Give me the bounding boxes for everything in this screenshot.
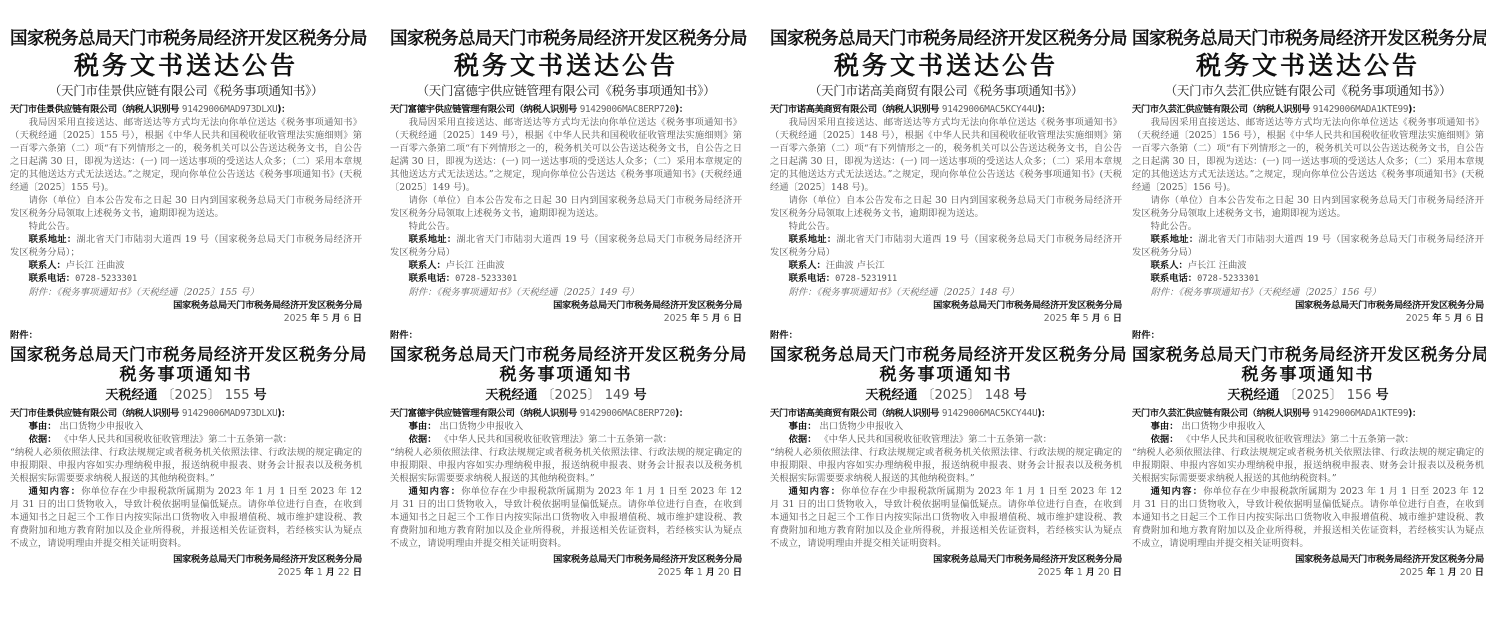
attachment-label: 附件： [409, 287, 437, 298]
contact-address: 联系地址：湖北省天门市陆羽大道西 19 号（国家税务总局天门市税务局经济开发区税… [10, 233, 362, 259]
contact-address-label: 联系地址： [409, 234, 457, 245]
tin-label: （纳税人识别号 [515, 104, 577, 115]
basis-label: 依据： [29, 434, 57, 445]
basis-value: 《中华人民共和国税收征收管理法》第二十五条第一款： [439, 434, 671, 445]
date-month: 1 [697, 567, 703, 578]
announce-org-heading: 国家税务总局天门市税务局经济开发区税务分局 [1132, 28, 1484, 50]
doc-prefix: 天税经通 [865, 388, 917, 403]
contact-person-value: 卢长江 汪曲波 [1188, 260, 1247, 271]
announce-org-heading: 国家税务总局天门市税务局经济开发区税务分局 [10, 28, 362, 50]
notice-signature: 国家税务总局天门市税务局经济开发区税务分局 [10, 553, 362, 566]
reason-value: 出口货物少申报收入 [819, 421, 903, 432]
attachment-line: 附件：《税务事项通知书》（天税经通〔2025〕149 号） [390, 286, 742, 299]
contact-person: 联系人：卢长江 汪曲波 [390, 259, 742, 272]
tin-close: )： [675, 104, 688, 115]
notice-addressee: 天门市诺高美商贸有限公司（纳税人识别号 91429006MAC5KCY44U)： [770, 407, 1122, 420]
tin-close: )： [1408, 408, 1421, 419]
contact-address-label: 联系地址： [1151, 234, 1199, 245]
date-year: 2025 [1406, 313, 1430, 324]
reason-label: 事由： [789, 421, 817, 432]
notice-org-heading: 国家税务总局天门市税务局经济开发区税务分局 [1132, 344, 1484, 365]
announce-date: 2025 年 5 月 6 日 [10, 312, 362, 325]
announce-title: 税务文书送达公告 [390, 50, 742, 82]
date-day: 6 [1466, 313, 1472, 324]
contact-phone: 联系电话：0728-5233301 [10, 272, 362, 286]
notice-addressee: 天门市佳景供应链有限公司（纳税人识别号 91429006MAD973DLXU)： [10, 407, 362, 420]
basis-value: 《中华人民共和国税收征收管理法》第二十五条第一款： [1181, 434, 1413, 445]
announce-body: 我局因采用直接送达、邮寄送达等方式均无法向你单位送达《税务事项通知书》（天税经通… [770, 116, 1122, 194]
notice-doc-number: 天税经通 〔2025〕 148 号 [770, 386, 1122, 405]
month-char: 月 [706, 567, 715, 578]
date-month: 5 [323, 313, 329, 324]
notice-doc-number: 天税经通 〔2025〕 155 号 [10, 386, 362, 405]
announce-body: 我局因采用直接送达、邮寄送达等方式均无法向你单位送达《税务事项通知书》（天税经通… [1132, 116, 1484, 194]
content-label: 通知内容： [1151, 486, 1204, 497]
notice-basis-quote: “纳税人必须依照法律、行政法规规定或者税务机关依照法律、行政法规的规定确定的申报… [1132, 446, 1484, 485]
tin-label: （纳税人识别号 [877, 104, 939, 115]
tin-value: 91429006MAC5KCY44U [942, 408, 1037, 419]
doc-year: 〔2025〕 [921, 388, 980, 403]
year-char: 年 [304, 567, 313, 578]
announce-date: 2025 年 5 月 6 日 [1132, 312, 1484, 325]
month-char: 月 [712, 313, 721, 324]
contact-person-value: 卢长江 汪曲波 [66, 260, 125, 271]
notice-basis-quote: “纳税人必须依照法律、行政法规规定或者税务机关依照法律、行政法规的规定确定的申报… [10, 446, 362, 485]
contact-person: 联系人：卢长江 汪曲波 [1132, 259, 1484, 272]
notice-reason: 事由： 出口货物少申报收入 [390, 420, 742, 433]
doc-prefix: 天税经通 [105, 388, 157, 403]
tin-close: )： [1037, 408, 1050, 419]
notice-content: 通知内容：你单位存在少申报税款所属期为 2023 年 1 月 1 日至 2023… [770, 485, 1122, 550]
company-name: 天门市久芸汇供应链有限公司 [1132, 104, 1248, 115]
tin-value: 91429006MAD973DLXU [182, 104, 277, 115]
tin-close: )： [277, 408, 290, 419]
date-year: 2025 [1038, 567, 1062, 578]
addressee: 天门市佳景供应链有限公司（纳税人识别号 91429006MAD973DLXU)： [10, 103, 362, 116]
tin-close: )： [1037, 104, 1050, 115]
basis-label: 依据： [1151, 434, 1179, 445]
date-year: 2025 [658, 567, 682, 578]
date-month: 1 [317, 567, 323, 578]
contact-phone-value: 0728-5233301 [1197, 274, 1259, 284]
notice-reason: 事由： 出口货物少申报收入 [770, 420, 1122, 433]
basis-label: 依据： [409, 434, 437, 445]
company-name: 天门富德宇供应链管理有限公司 [390, 104, 515, 115]
contact-phone-label: 联系电话： [1151, 273, 1198, 284]
tin-label: （纳税人识别号 [117, 408, 179, 419]
contact-person-label: 联系人： [409, 260, 446, 271]
contact-phone: 联系电话：0728-5231911 [770, 272, 1122, 286]
basis-value: 《中华人民共和国税收征收管理法》第二十五条第一款： [59, 434, 291, 445]
day-char: 日 [353, 567, 362, 578]
notice-basis: 依据： 《中华人民共和国税收征收管理法》第二十五条第一款： [770, 433, 1122, 446]
notice-column: 国家税务总局天门市税务局经济开发区税务分局 税务文书送达公告 （天门富德宇供应链… [390, 0, 742, 627]
reason-value: 出口货物少申报收入 [439, 421, 523, 432]
notice-basis: 依据： 《中华人民共和国税收征收管理法》第二十五条第一款： [1132, 433, 1484, 446]
date-year: 2025 [1044, 313, 1068, 324]
contact-phone-label: 联系电话： [29, 273, 76, 284]
announce-body: 我局因采用直接送达、邮寄送达等方式均无法向你单位送达《税务事项通知书》（天税经通… [10, 116, 362, 194]
year-char: 年 [1070, 313, 1079, 324]
doc-suffix: 号 [254, 388, 267, 403]
date-month: 5 [703, 313, 709, 324]
date-month: 1 [1077, 567, 1083, 578]
attachment-line: 附件：《税务事项通知书》（天税经通〔2025〕148 号） [770, 286, 1122, 299]
date-month: 5 [1083, 313, 1089, 324]
year-char: 年 [1432, 313, 1441, 324]
tin-value: 91429006MAC8ERP720 [580, 104, 675, 115]
contact-person-label: 联系人： [789, 260, 826, 271]
notice-content: 通知内容：你单位存在少申报税款所属期为 2023 年 1 月 1 日至 2023… [10, 485, 362, 550]
notice-org-heading: 国家税务总局天门市税务局经济开发区税务分局 [770, 344, 1122, 365]
announce-subtitle: （天门市久芸汇供应链有限公司《税务事项通知书》） [1132, 82, 1484, 100]
notice-content: 通知内容：你单位存在少申报税款所属期为 2023 年 1 月 1 日至 2023… [1132, 485, 1484, 550]
date-year: 2025 [278, 567, 302, 578]
notice-date: 2025 年 1 月 20 日 [390, 566, 742, 579]
contact-phone-value: 0728-5233301 [75, 274, 137, 284]
company-name: 天门市佳景供应链有限公司 [10, 104, 117, 115]
basis-label: 依据： [789, 434, 817, 445]
addressee: 天门市诺高美商贸有限公司（纳税人识别号 91429006MAC5KCY44U)： [770, 103, 1122, 116]
announce-special: 特此公告。 [1132, 220, 1484, 233]
announce-request: 请你（单位）自本公告发布之日起 30 日内到国家税务总局天门市税务局经济开发区税… [390, 194, 742, 220]
tin-close: )： [277, 104, 290, 115]
contact-person-value: 卢长江 汪曲波 [446, 260, 505, 271]
date-day: 20 [1098, 567, 1110, 578]
announce-signature: 国家税务总局天门市税务局经济开发区税务分局 [1132, 299, 1484, 312]
doc-suffix: 号 [1014, 388, 1027, 403]
announce-special: 特此公告。 [770, 220, 1122, 233]
day-char: 日 [733, 567, 742, 578]
notice-basis: 依据： 《中华人民共和国税收征收管理法》第二十五条第一款： [390, 433, 742, 446]
announce-org-heading: 国家税务总局天门市税务局经济开发区税务分局 [770, 28, 1122, 50]
announce-request: 请你（单位）自本公告发布之日起 30 日内到国家税务总局天门市税务局经济开发区税… [10, 194, 362, 220]
notice-org-heading: 国家税务总局天门市税务局经济开发区税务分局 [10, 344, 362, 365]
doc-num: 148 [985, 388, 1010, 403]
notice-basis-quote: “纳税人必须依照法律、行政法规规定或者税务机关依照法律、行政法规的规定确定的申报… [390, 446, 742, 485]
year-char: 年 [690, 313, 699, 324]
contact-person: 联系人：卢长江 汪曲波 [10, 259, 362, 272]
notice-title: 税务事项通知书 [10, 365, 362, 386]
date-month: 1 [1439, 567, 1445, 578]
day-char: 日 [353, 313, 362, 324]
tin-value: 91429006MAC8ERP720 [580, 408, 675, 419]
year-char: 年 [310, 313, 319, 324]
tin-label: （纳税人识别号 [877, 408, 939, 419]
tin-label: （纳税人识别号 [117, 104, 179, 115]
contact-address: 联系地址：湖北省天门市陆羽大道西 19 号（国家税务总局天门市税务局经济开发区税… [390, 233, 742, 259]
contact-person-label: 联系人： [1151, 260, 1188, 271]
notice-org-heading: 国家税务总局天门市税务局经济开发区税务分局 [390, 344, 742, 365]
announce-title: 税务文书送达公告 [1132, 50, 1484, 82]
tin-label: （纳税人识别号 [1248, 104, 1310, 115]
month-char: 月 [1454, 313, 1463, 324]
month-char: 月 [1086, 567, 1095, 578]
company-name: 天门市诺高美商贸有限公司 [770, 408, 877, 419]
contact-phone-value: 0728-5233301 [455, 274, 517, 284]
date-day: 20 [718, 567, 730, 578]
notice-title: 税务事项通知书 [390, 365, 742, 386]
attachment-heading: 附件： [390, 330, 742, 342]
tin-label: （纳税人识别号 [515, 408, 577, 419]
announce-special: 特此公告。 [390, 220, 742, 233]
notice-addressee: 天门富德宇供应链管理有限公司（纳税人识别号 91429006MAC8ERP720… [390, 407, 742, 420]
doc-year: 〔2025〕 [541, 388, 600, 403]
date-month: 5 [1445, 313, 1451, 324]
notice-column: 国家税务总局天门市税务局经济开发区税务分局 税务文书送达公告 （天门市久芸汇供应… [1132, 0, 1484, 627]
doc-year: 〔2025〕 [1283, 388, 1342, 403]
reason-value: 出口货物少申报收入 [1181, 421, 1265, 432]
month-char: 月 [326, 567, 335, 578]
tin-label: （纳税人识别号 [1248, 408, 1310, 419]
date-day: 6 [724, 313, 730, 324]
announce-signature: 国家税务总局天门市税务局经济开发区税务分局 [770, 299, 1122, 312]
tin-value: 91429006MAD973DLXU [182, 408, 277, 419]
doc-year: 〔2025〕 [161, 388, 220, 403]
doc-num: 155 [225, 388, 250, 403]
attachment-value: 《税务事项通知书》（天税经通〔2025〕155 号） [56, 287, 258, 298]
date-day: 6 [1104, 313, 1110, 324]
day-char: 日 [1113, 313, 1122, 324]
attachment-heading: 附件： [1132, 330, 1484, 342]
announce-body: 我局因采用直接送达、邮寄送达等方式均无法向你单位送达《税务事项通知书》（天税经通… [390, 116, 742, 194]
attachment-label: 附件： [1151, 287, 1179, 298]
announce-subtitle: （天门市佳景供应链有限公司《税务事项通知书》） [10, 82, 362, 100]
date-year: 2025 [284, 313, 308, 324]
notice-doc-number: 天税经通 〔2025〕 149 号 [390, 386, 742, 405]
content-label: 通知内容： [29, 486, 82, 497]
notice-signature: 国家税务总局天门市税务局经济开发区税务分局 [390, 553, 742, 566]
attachment-label: 附件： [789, 287, 817, 298]
company-name: 天门市诺高美商贸有限公司 [770, 104, 877, 115]
announce-date: 2025 年 5 月 6 日 [770, 312, 1122, 325]
date-year: 2025 [664, 313, 688, 324]
contact-phone-label: 联系电话： [409, 273, 456, 284]
date-day: 22 [338, 567, 350, 578]
announce-title: 税务文书送达公告 [10, 50, 362, 82]
notice-date: 2025 年 1 月 20 日 [1132, 566, 1484, 579]
announce-date: 2025 年 5 月 6 日 [390, 312, 742, 325]
addressee: 天门富德宇供应链管理有限公司（纳税人识别号 91429006MAC8ERP720… [390, 103, 742, 116]
basis-value: 《中华人民共和国税收征收管理法》第二十五条第一款： [819, 434, 1051, 445]
date-day: 20 [1460, 567, 1472, 578]
attachment-line: 附件：《税务事项通知书》（天税经通〔2025〕156 号） [1132, 286, 1484, 299]
attachment-line: 附件：《税务事项通知书》（天税经通〔2025〕155 号） [10, 286, 362, 299]
doc-suffix: 号 [634, 388, 647, 403]
announce-request: 请你（单位）自本公告发布之日起 30 日内到国家税务总局天门市税务局经济开发区税… [770, 194, 1122, 220]
announce-title: 税务文书送达公告 [770, 50, 1122, 82]
contact-address-label: 联系地址： [29, 234, 77, 245]
tin-close: )： [675, 408, 688, 419]
notice-reason: 事由： 出口货物少申报收入 [1132, 420, 1484, 433]
date-year: 2025 [1400, 567, 1424, 578]
attachment-heading: 附件： [10, 330, 362, 342]
notice-title: 税务事项通知书 [1132, 365, 1484, 386]
content-label: 通知内容： [409, 486, 462, 497]
doc-suffix: 号 [1376, 388, 1389, 403]
contact-address-label: 联系地址： [789, 234, 837, 245]
company-name: 天门市佳景供应链有限公司 [10, 408, 117, 419]
day-char: 日 [1475, 567, 1484, 578]
month-char: 月 [1092, 313, 1101, 324]
day-char: 日 [733, 313, 742, 324]
date-day: 6 [344, 313, 350, 324]
notice-date: 2025 年 1 月 20 日 [770, 566, 1122, 579]
announce-org-heading: 国家税务总局天门市税务局经济开发区税务分局 [390, 28, 742, 50]
announce-subtitle: （天门富德宇供应链管理有限公司《税务事项通知书》） [390, 82, 742, 100]
contact-phone-value: 0728-5231911 [835, 274, 897, 284]
day-char: 日 [1475, 313, 1484, 324]
doc-prefix: 天税经通 [485, 388, 537, 403]
reason-label: 事由： [1151, 421, 1179, 432]
reason-label: 事由： [29, 421, 57, 432]
month-char: 月 [1448, 567, 1457, 578]
attachment-value: 《税务事项通知书》（天税经通〔2025〕149 号） [436, 287, 638, 298]
tin-value: 91429006MAC5KCY44U [942, 104, 1037, 115]
announce-subtitle: （天门市诺高美商贸有限公司《税务事项通知书》） [770, 82, 1122, 100]
contact-person-value: 汪曲波 卢长江 [826, 260, 885, 271]
contact-address-suffix: ； [70, 247, 79, 258]
notice-title: 税务事项通知书 [770, 365, 1122, 386]
attachment-heading: 附件： [770, 330, 1122, 342]
doc-prefix: 天税经通 [1227, 388, 1279, 403]
year-char: 年 [1064, 567, 1073, 578]
attachment-value: 《税务事项通知书》（天税经通〔2025〕148 号） [816, 287, 1018, 298]
year-char: 年 [1426, 567, 1435, 578]
announce-signature: 国家税务总局天门市税务局经济开发区税务分局 [390, 299, 742, 312]
addressee: 天门市久芸汇供应链有限公司（纳税人识别号 91429006MADA1KTE99)… [1132, 103, 1484, 116]
attachment-value: 《税务事项通知书》（天税经通〔2025〕156 号） [1178, 287, 1380, 298]
reason-label: 事由： [409, 421, 437, 432]
announce-request: 请你（单位）自本公告发布之日起 30 日内到国家税务总局天门市税务局经济开发区税… [1132, 194, 1484, 220]
contact-phone: 联系电话：0728-5233301 [1132, 272, 1484, 286]
content-label: 通知内容： [789, 486, 842, 497]
tin-value: 91429006MADA1KTE99 [1313, 104, 1408, 115]
contact-address: 联系地址：湖北省天门市陆羽大道西 19 号（国家税务总局天门市税务局经济开发区税… [770, 233, 1122, 259]
contact-person: 联系人：汪曲波 卢长江 [770, 259, 1122, 272]
company-name: 天门市久芸汇供应链有限公司 [1132, 408, 1248, 419]
tin-close: )： [1408, 104, 1421, 115]
tin-value: 91429006MADA1KTE99 [1313, 408, 1408, 419]
notice-signature: 国家税务总局天门市税务局经济开发区税务分局 [1132, 553, 1484, 566]
reason-value: 出口货物少申报收入 [59, 421, 143, 432]
notice-signature: 国家税务总局天门市税务局经济开发区税务分局 [770, 553, 1122, 566]
notice-reason: 事由： 出口货物少申报收入 [10, 420, 362, 433]
notice-column: 国家税务总局天门市税务局经济开发区税务分局 税务文书送达公告 （天门市诺高美商贸… [770, 0, 1122, 627]
attachment-label: 附件： [29, 287, 57, 298]
contact-address: 联系地址：湖北省天门市陆羽大道西 19 号（国家税务总局天门市税务局经济开发区税… [1132, 233, 1484, 259]
notice-basis: 依据： 《中华人民共和国税收征收管理法》第二十五条第一款： [10, 433, 362, 446]
announce-special: 特此公告。 [10, 220, 362, 233]
notice-addressee: 天门市久芸汇供应链有限公司（纳税人识别号 91429006MADA1KTE99)… [1132, 407, 1484, 420]
contact-phone-label: 联系电话： [789, 273, 836, 284]
notice-content: 通知内容：你单位存在少申报税款所属期为 2023 年 1 月 1 日至 2023… [390, 485, 742, 550]
doc-num: 156 [1347, 388, 1372, 403]
notice-basis-quote: “纳税人必须依照法律、行政法规规定或者税务机关依照法律、行政法规的规定确定的申报… [770, 446, 1122, 485]
notice-column: 国家税务总局天门市税务局经济开发区税务分局 税务文书送达公告 （天门市佳景供应链… [10, 0, 362, 627]
announce-signature: 国家税务总局天门市税务局经济开发区税务分局 [10, 299, 362, 312]
year-char: 年 [684, 567, 693, 578]
day-char: 日 [1113, 567, 1122, 578]
notice-date: 2025 年 1 月 22 日 [10, 566, 362, 579]
contact-person-label: 联系人： [29, 260, 66, 271]
contact-phone: 联系电话：0728-5233301 [390, 272, 742, 286]
company-name: 天门富德宇供应链管理有限公司 [390, 408, 515, 419]
month-char: 月 [332, 313, 341, 324]
notice-doc-number: 天税经通 〔2025〕 156 号 [1132, 386, 1484, 405]
doc-num: 149 [605, 388, 630, 403]
